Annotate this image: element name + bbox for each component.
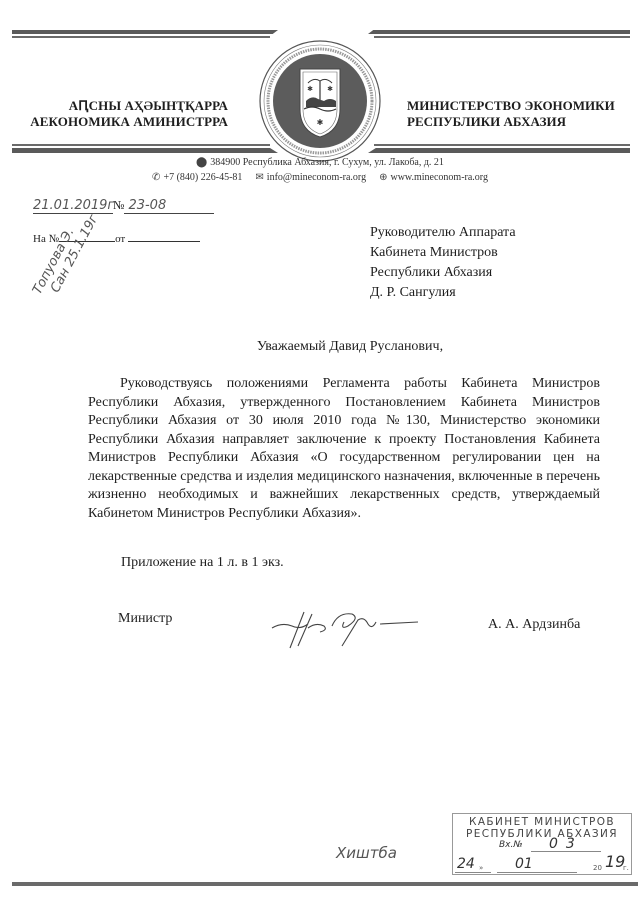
attachment-note: Приложение на 1 л. в 1 экз.	[121, 555, 284, 571]
footer-bar	[12, 882, 638, 886]
location-pin-icon: ⬤	[196, 157, 207, 168]
website-link[interactable]: www.mineconom-ra.org	[390, 172, 487, 183]
header-bar-top-left	[12, 30, 278, 34]
stamp-in-label: Вх.№	[499, 840, 523, 850]
stamp-day: 24	[457, 856, 475, 872]
addressee-line4: Д. Р. Сангулия	[370, 283, 516, 303]
phone-icon: ✆	[152, 172, 160, 183]
header-bar-top-right	[368, 30, 630, 34]
handwritten-signature-icon	[268, 606, 428, 656]
stamp-day-underline	[455, 872, 491, 873]
body-paragraph: Руководствуясь положениями Регламента ра…	[88, 375, 600, 523]
reference-date-blank	[128, 232, 200, 242]
salutation: Уважаемый Давид Русланович,	[0, 339, 640, 355]
stamp-month: 01	[515, 856, 533, 872]
address-text: 384900 Республика Абхазия, г. Сухум, ул.…	[210, 157, 444, 168]
header-bar-bottom-right-thin	[374, 144, 630, 146]
signatory-title: Министр	[118, 611, 172, 627]
margin-handwritten-note: Топуова Э. Сан 25.1.19г	[30, 205, 102, 304]
header-bar-top-left-thin	[12, 36, 270, 38]
stamp-line2: РЕСПУБЛИКИ АБХАЗИЯ	[453, 828, 631, 840]
reference-from-label: от	[115, 233, 125, 245]
svg-text:✱: ✱	[307, 85, 313, 93]
ministry-title-abkhaz: АԤСНЫ АҲӘЫНҬҚАРРА АЕКОНОМИКА АМИНИСТРРА	[30, 98, 228, 130]
courier-signature: Хиштба	[336, 844, 397, 862]
incoming-registration-stamp: КАБИНЕТ МИНИСТРОВ РЕСПУБЛИКИ АБХАЗИЯ Вх.…	[452, 813, 632, 875]
stamp-in-number: 03	[549, 836, 583, 852]
outgoing-registration: 21.01.2019г№23-08	[33, 198, 214, 214]
addressee-line2: Кабинета Министров	[370, 243, 516, 263]
contact-address-line: ⬤384900 Республика Абхазия, г. Сухум, ул…	[0, 157, 640, 168]
envelope-icon: ✉	[255, 172, 263, 183]
email-link[interactable]: info@mineconom-ra.org	[267, 172, 366, 183]
signatory-name: А. А. Ардзинба	[488, 617, 580, 633]
letter-body: Руководствуясь положениями Регламента ра…	[88, 375, 600, 523]
header-bar-bottom-right	[368, 148, 630, 153]
svg-text:✱: ✱	[327, 85, 333, 93]
ministry-title-russian-line2: РЕСПУБЛИКИ АБХАЗИЯ	[407, 114, 615, 130]
addressee-line1: Руководителю Аппарата	[370, 223, 516, 243]
stamp-year-suffix: г.	[623, 864, 629, 872]
state-emblem-seal-icon: ✱ ✱ ✱	[258, 39, 382, 163]
stamp-number-underline	[531, 851, 601, 852]
addressee-block: Руководителю Аппарата Кабинета Министров…	[370, 223, 516, 303]
registration-number: 23-08	[124, 198, 214, 214]
contact-details-line: ✆+7 (840) 226-45-81 ✉info@mineconom-ra.o…	[0, 172, 640, 183]
registration-number-label: №	[113, 198, 124, 212]
header-bar-bottom-left	[12, 148, 278, 153]
stamp-year-prefix: 20	[593, 864, 602, 872]
stamp-day-suffix: »	[479, 864, 483, 872]
ministry-title-russian: МИНИСТЕРСТВО ЭКОНОМИКИ РЕСПУБЛИКИ АБХАЗИ…	[407, 98, 615, 130]
ministry-title-russian-line1: МИНИСТЕРСТВО ЭКОНОМИКИ	[407, 98, 615, 114]
svg-text:✱: ✱	[317, 118, 324, 127]
ministry-title-abkhaz-line1: АԤСНЫ АҲӘЫНҬҚАРРА	[30, 98, 228, 114]
header-bar-top-right-thin	[374, 36, 630, 38]
globe-icon: ⊕	[379, 172, 387, 183]
phone-text: +7 (840) 226-45-81	[163, 172, 242, 183]
addressee-line3: Республики Абхазия	[370, 263, 516, 283]
ministry-title-abkhaz-line2: АЕКОНОМИКА АМИНИСТРРА	[30, 114, 228, 130]
stamp-line1: КАБИНЕТ МИНИСТРОВ	[453, 816, 631, 828]
stamp-month-underline	[497, 872, 577, 873]
header-bar-bottom-left-thin	[12, 144, 270, 146]
